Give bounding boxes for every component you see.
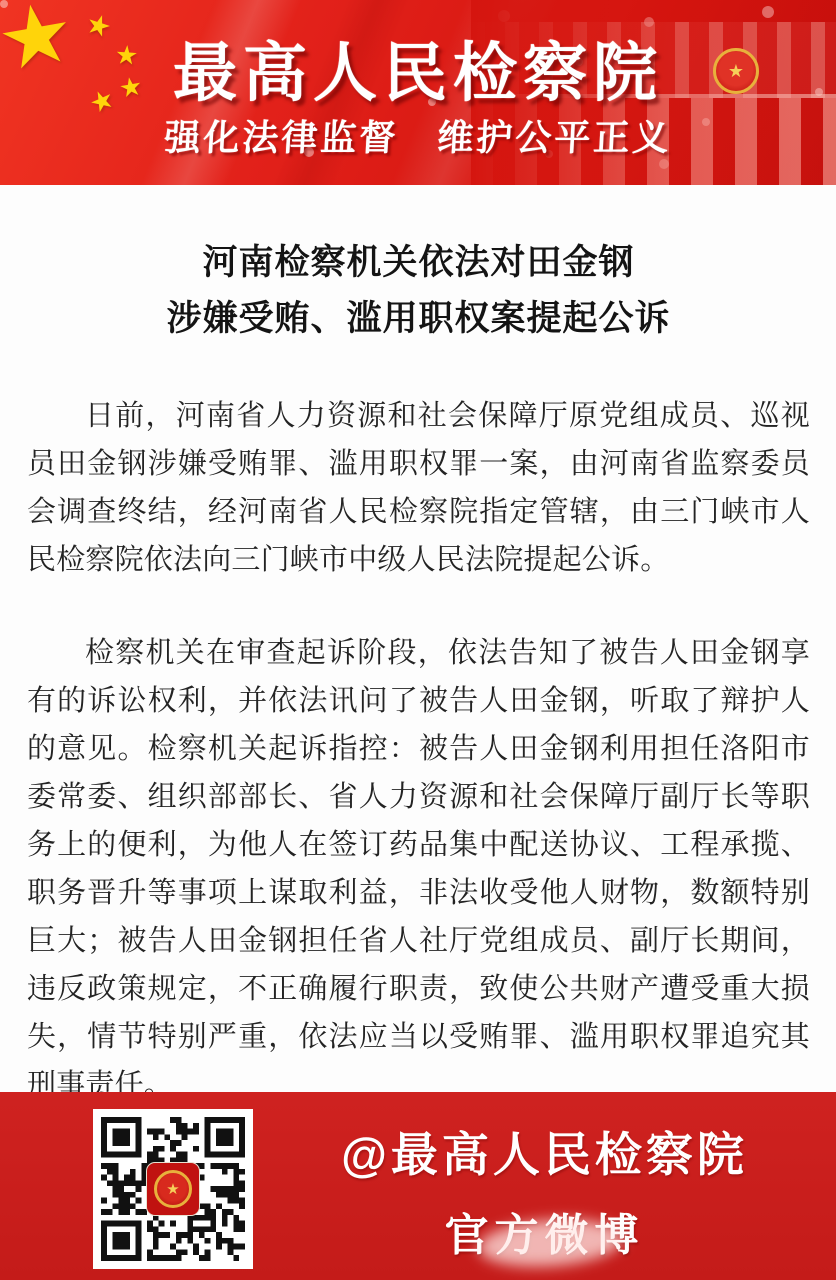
- article-title-line1: 河南检察机关依法对田金钢: [202, 243, 634, 282]
- article-body: 河南检察机关依法对田金钢涉嫌受贿、滥用职权案提起公诉 日前，河南省人力资源和社会…: [0, 185, 836, 1154]
- qr-center-emblem-icon: ★: [146, 1162, 200, 1216]
- qr-emblem-star-icon: ★: [166, 1182, 179, 1197]
- article-paragraph: 检察机关在审查起诉阶段，依法告知了被告人田金钢享有的诉讼权利，并依法讯问了被告人…: [27, 629, 810, 1109]
- org-name-title: 最高人民检察院: [60, 22, 776, 114]
- qr-emblem-ring: ★: [154, 1170, 192, 1208]
- weibo-handle: @最高人民检察院: [253, 1118, 836, 1185]
- article-paragraph: 日前，河南省人力资源和社会保障厅原党组成员、巡视员田金钢涉嫌受贿罪、滥用职权罪一…: [27, 392, 810, 584]
- article-title-line2: 涉嫌受贿、滥用职权案提起公诉: [166, 299, 670, 338]
- footer-banner: ★ @最高人民检察院 官方微博: [0, 1092, 836, 1280]
- qr-code: ★: [93, 1109, 253, 1269]
- article-title: 河南检察机关依法对田金钢涉嫌受贿、滥用职权案提起公诉: [27, 235, 810, 347]
- slogan-text: 强化法律监督 维护公平正义: [59, 110, 778, 161]
- weibo-post-poster: ★ ★ ★ ★ ★ ★ 最高人民检察院 强化法律监督 维护公平正义 河南检察机关…: [0, 0, 836, 1280]
- header-banner: ★ ★ ★ ★ ★ ★ 最高人民检察院 强化法律监督 维护公平正义: [0, 0, 836, 185]
